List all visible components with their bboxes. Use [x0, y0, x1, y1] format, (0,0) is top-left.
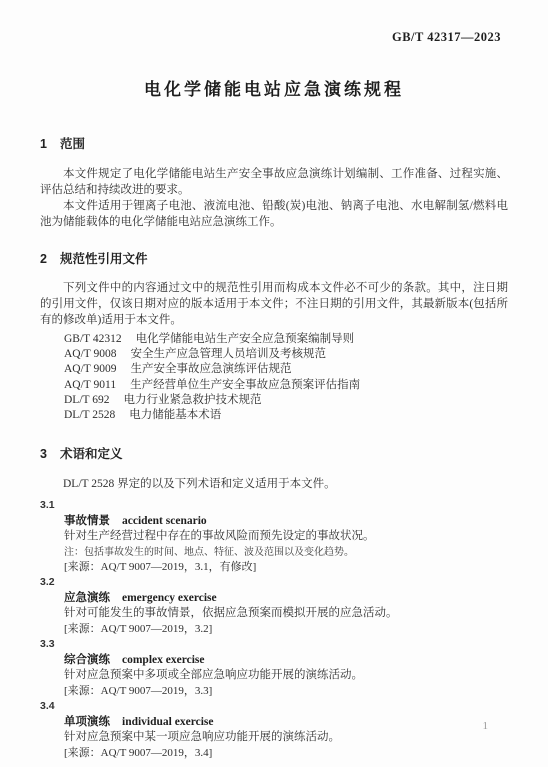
document-content: 1范围 本文件规定了电化学储能电站生产安全事故应急演练计划编制、工作准备、过程实… — [0, 137, 548, 761]
reference-item: DL/T 2528电力储能基本术语 — [40, 408, 508, 423]
section-terms-definitions: 3术语和定义 DL/T 2528 界定的以及下列术语和定义适用于本文件。 3.1… — [40, 447, 508, 761]
term-entry-emergency-exercise: 3.2 应急演练emergency exercise 针对可能发生的事故情景，依… — [40, 575, 508, 637]
section-name: 规范性引用文件 — [60, 252, 148, 266]
scope-paragraph-2: 本文件适用于锂离子电池、液流电池、铅酸(炭)电池、钠离子电池、水电解制氢/燃料电… — [40, 198, 508, 230]
references-intro-paragraph: 下列文件中的内容通过文中的规范性引用而构成本文件必不可少的条款。其中，注日期的引… — [40, 280, 508, 328]
document-title: 电化学储能电站应急演练规程 — [0, 75, 548, 100]
reference-title: 生产经营单位生产安全事故应急预案评估指南 — [130, 379, 360, 391]
reference-title: 电化学储能电站生产安全应急预案编制导则 — [136, 333, 355, 345]
term-definition: 针对应急预案中某一项应急响应功能开展的演练活动。 — [40, 730, 508, 746]
reference-item: DL/T 692电力行业紧急救护技术规范 — [40, 393, 508, 408]
term-note: 注：包括事故发生的时间、地点、特征、波及范围以及变化趋势。 — [40, 545, 508, 560]
term-source: [来源：AQ/T 9007—2019，3.4] — [40, 746, 508, 762]
standard-code: GB/T 42317—2023 — [392, 30, 501, 44]
section-name: 范围 — [60, 137, 85, 151]
reference-title: 安全生产应急管理人员培训及考核规范 — [131, 348, 327, 360]
reference-code: DL/T 2528 — [64, 408, 115, 423]
term-title-line: 应急演练emergency exercise — [40, 591, 508, 607]
reference-code: DL/T 692 — [64, 393, 109, 408]
term-entry-complex-exercise: 3.3 综合演练complex exercise 针对应急预案中多项或全部应急响… — [40, 637, 508, 699]
term-number: 3.4 — [40, 699, 508, 715]
term-entry-accident-scenario: 3.1 事故情景accident scenario 针对生产经营过程中存在的事故… — [40, 498, 508, 575]
section-number: 1 — [40, 137, 47, 151]
section-number: 2 — [40, 252, 47, 266]
terms-intro: DL/T 2528 界定的以及下列术语和定义适用于本文件。 — [40, 476, 508, 492]
terms-list: 3.1 事故情景accident scenario 针对生产经营过程中存在的事故… — [40, 498, 508, 761]
term-title-line: 单项演练individual exercise — [40, 715, 508, 731]
reference-title: 电力储能基本术语 — [129, 409, 221, 421]
reference-code: AQ/T 9008 — [64, 347, 117, 362]
term-number: 3.2 — [40, 575, 508, 591]
reference-item: GB/T 42312电化学储能电站生产安全应急预案编制导则 — [40, 332, 508, 347]
reference-item: AQ/T 9011生产经营单位生产安全事故应急预案评估指南 — [40, 378, 508, 393]
page-header: GB/T 42317—2023 — [0, 0, 548, 46]
term-chinese: 综合演练 — [64, 654, 110, 666]
term-title-line: 事故情景accident scenario — [40, 514, 508, 530]
term-definition: 针对应急预案中多项或全部应急响应功能开展的演练活动。 — [40, 668, 508, 684]
term-title-line: 综合演练complex exercise — [40, 653, 508, 669]
term-english: emergency exercise — [122, 592, 217, 604]
term-definition: 针对生产经营过程中存在的事故风险而预先设定的事故状况。 — [40, 529, 508, 545]
reference-code: GB/T 42312 — [64, 332, 122, 347]
document-page: GB/T 42317—2023 电化学储能电站应急演练规程 1范围 本文件规定了… — [0, 0, 548, 767]
term-source: [来源：AQ/T 9007—2019，3.1，有修改] — [40, 560, 508, 576]
term-english: accident scenario — [122, 515, 207, 527]
reference-item: AQ/T 9008安全生产应急管理人员培训及考核规范 — [40, 347, 508, 362]
reference-title: 生产安全事故应急演练评估规范 — [131, 363, 292, 375]
page-number: 1 — [483, 720, 489, 732]
term-number: 3.1 — [40, 498, 508, 514]
section-number: 3 — [40, 447, 47, 461]
term-number: 3.3 — [40, 637, 508, 653]
term-definition: 针对可能发生的事故情景，依据应急预案而模拟开展的应急活动。 — [40, 606, 508, 622]
term-source: [来源：AQ/T 9007—2019，3.2] — [40, 622, 508, 638]
reference-list: GB/T 42312电化学储能电站生产安全应急预案编制导则 AQ/T 9008安… — [40, 332, 508, 423]
term-chinese: 事故情景 — [64, 515, 110, 527]
reference-title: 电力行业紧急救护技术规范 — [123, 394, 261, 406]
term-entry-individual-exercise: 3.4 单项演练individual exercise 针对应急预案中某一项应急… — [40, 699, 508, 761]
term-source: [来源：AQ/T 9007—2019，3.3] — [40, 684, 508, 700]
section-terms-heading: 3术语和定义 — [40, 447, 508, 461]
section-references-heading: 2规范性引用文件 — [40, 252, 508, 266]
reference-item: AQ/T 9009生产安全事故应急演练评估规范 — [40, 362, 508, 377]
reference-code: AQ/T 9009 — [64, 362, 117, 377]
section-scope: 1范围 本文件规定了电化学储能电站生产安全事故应急演练计划编制、工作准备、过程实… — [40, 137, 508, 230]
reference-code: AQ/T 9011 — [64, 378, 116, 393]
section-scope-heading: 1范围 — [40, 137, 508, 151]
term-chinese: 单项演练 — [64, 716, 110, 728]
section-name: 术语和定义 — [60, 447, 123, 461]
term-english: complex exercise — [122, 654, 205, 666]
term-chinese: 应急演练 — [64, 592, 110, 604]
scope-paragraph-1: 本文件规定了电化学储能电站生产安全事故应急演练计划编制、工作准备、过程实施、评估… — [40, 166, 508, 198]
section-normative-references: 2规范性引用文件 下列文件中的内容通过文中的规范性引用而构成本文件必不可少的条款… — [40, 252, 508, 423]
term-english: individual exercise — [122, 716, 213, 728]
